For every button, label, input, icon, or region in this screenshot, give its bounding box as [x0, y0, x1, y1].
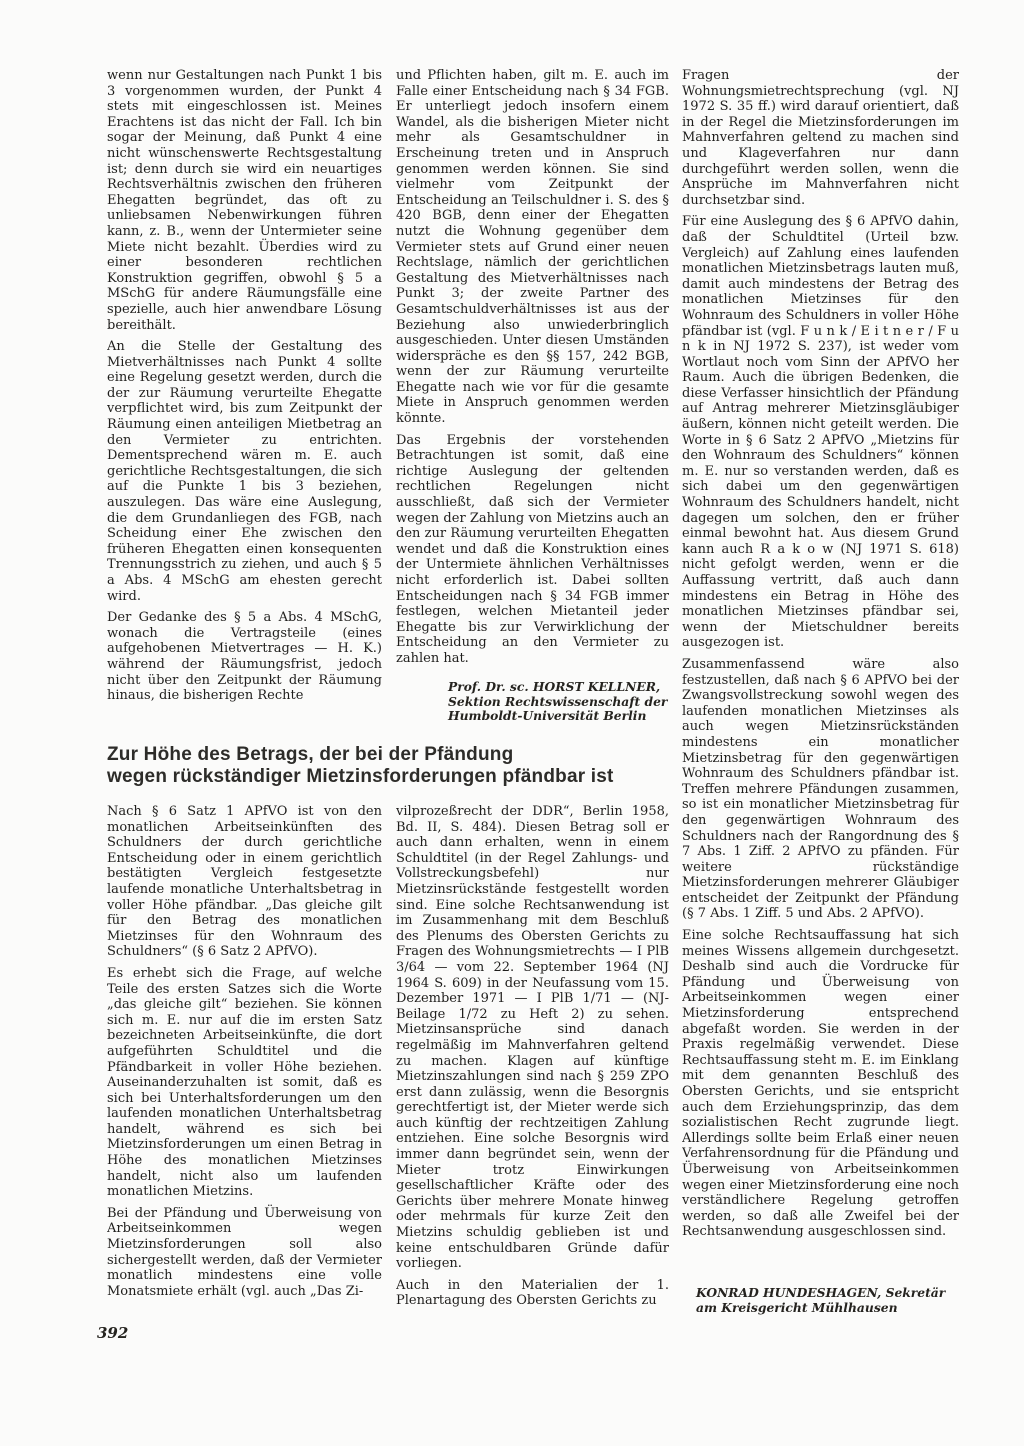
author-affiliation: Sektion Rechtswissenschaft der — [448, 695, 684, 710]
paragraph: An die Stelle der Gestaltung des Mietver… — [107, 339, 382, 604]
article1-column2: und Pflichten haben, gilt m. E. auch im … — [396, 68, 669, 672]
article2-author-signature: KONRAD HUNDESHAGEN, Sekretär am Kreisger… — [696, 1286, 964, 1315]
article1-column1: wenn nur Gestaltungen nach Punkt 1 bis 3… — [107, 68, 382, 746]
paragraph: wenn nur Gestaltungen nach Punkt 1 bis 3… — [107, 68, 382, 333]
article2-column2: vilprozeßrecht der DDR“, Berlin 1958, Bd… — [396, 804, 669, 1349]
author-name: Prof. Dr. sc. HORST KELLNER, — [448, 680, 684, 695]
paragraph: Für eine Auslegung des § 6 APfVO dahin, … — [682, 214, 959, 651]
author-name: KONRAD HUNDESHAGEN, Sekretär — [696, 1286, 964, 1301]
paragraph: Es erhebt sich die Frage, auf welche Tei… — [107, 966, 382, 1200]
author-affiliation: Humboldt-Universität Berlin — [448, 709, 684, 724]
journal-page: wenn nur Gestaltungen nach Punkt 1 bis 3… — [0, 0, 1024, 1446]
author-affiliation: am Kreisgericht Mühlhausen — [696, 1301, 964, 1316]
paragraph: und Pflichten haben, gilt m. E. auch im … — [396, 68, 669, 427]
paragraph: Fragen der Wohnungsmietrechtsprechung (v… — [682, 68, 959, 208]
article2-column3: Fragen der Wohnungsmietrechtsprechung (v… — [682, 68, 959, 1282]
paragraph: vilprozeßrecht der DDR“, Berlin 1958, Bd… — [396, 804, 669, 1272]
paragraph: Zusammenfassend wäre also festzustellen,… — [682, 657, 959, 922]
article2-heading: Zur Höhe des Betrags, der bei der Pfändu… — [107, 744, 707, 788]
paragraph: Bei der Pfändung und Überweisung von Arb… — [107, 1206, 382, 1300]
paragraph: Nach § 6 Satz 1 APfVO ist von den monatl… — [107, 804, 382, 960]
article2-column1: Nach § 6 Satz 1 APfVO ist von den monatl… — [107, 804, 382, 1326]
heading-line: wegen rückständiger Mietzinsforderungen … — [107, 766, 707, 788]
page-number: 392 — [97, 1324, 128, 1342]
heading-line: Zur Höhe des Betrags, der bei der Pfändu… — [107, 744, 707, 766]
paragraph: Eine solche Rechtsauffassung hat sich me… — [682, 928, 959, 1240]
paragraph: Auch in den Materialien der 1. Plenartag… — [396, 1278, 669, 1309]
paragraph: Der Gedanke des § 5 a Abs. 4 MSchG, wona… — [107, 610, 382, 704]
paragraph: Das Ergebnis der vorstehenden Betrachtun… — [396, 433, 669, 667]
article1-author-signature: Prof. Dr. sc. HORST KELLNER, Sektion Rec… — [448, 680, 684, 724]
